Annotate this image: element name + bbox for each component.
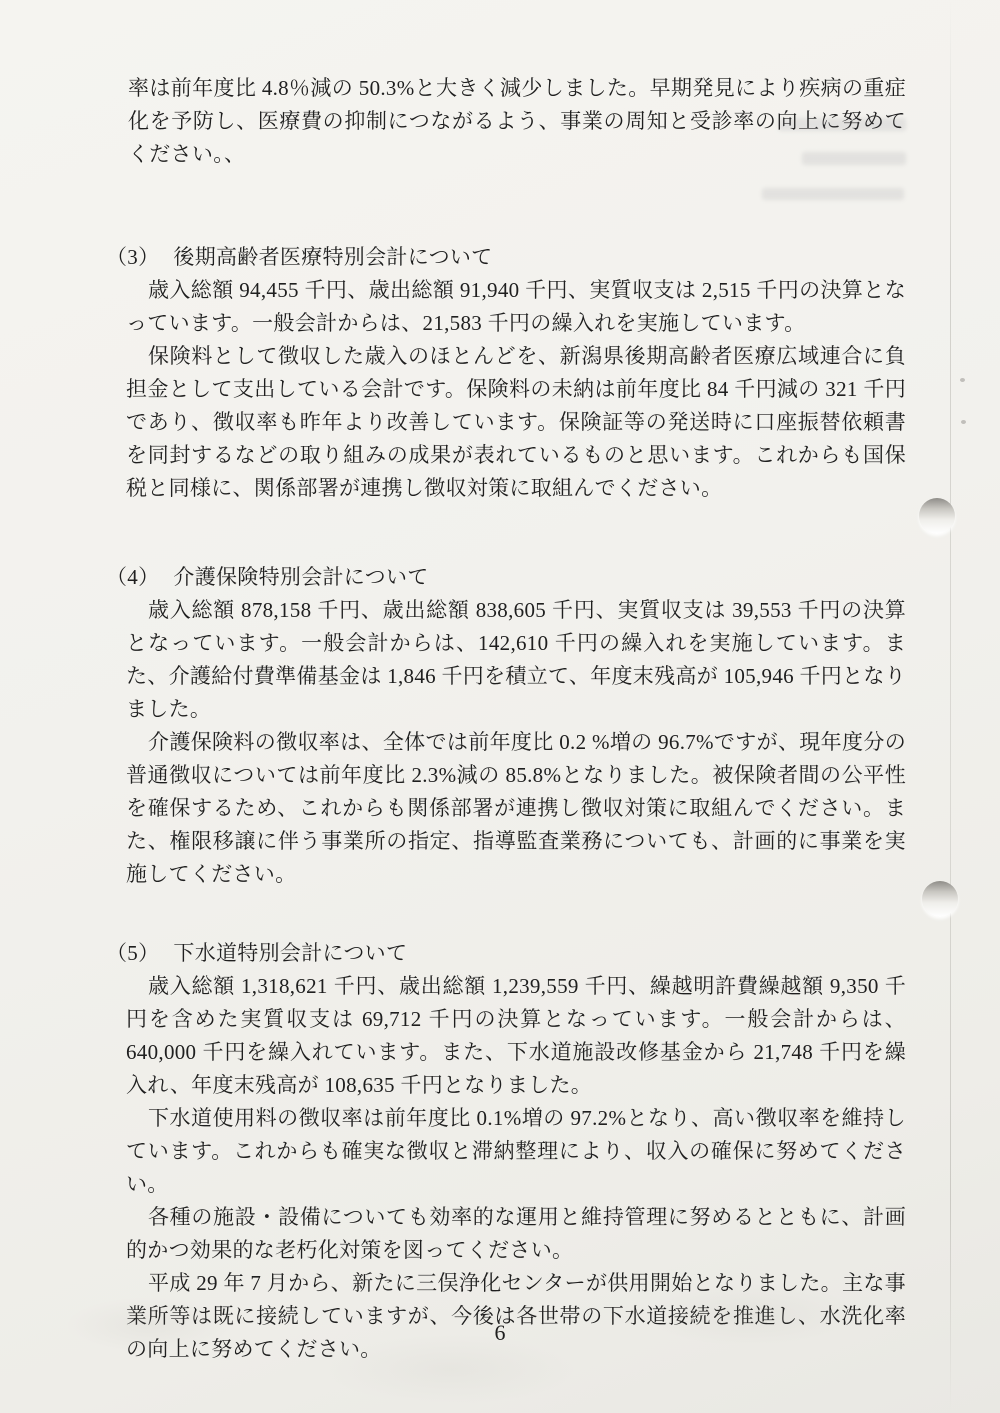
section-heading: （5）下水道特別会計について bbox=[106, 937, 906, 970]
section-heading: （3）後期高齢者医療特別会計について bbox=[106, 241, 906, 274]
section-title: 介護保険特別会計について bbox=[173, 565, 428, 589]
section-3-late-elderly-medical: （3）後期高齢者医療特別会計について 歳入総額 94,455 千円、歳出総額 9… bbox=[106, 241, 906, 505]
section-number: （5） bbox=[106, 941, 159, 965]
section-number: （4） bbox=[106, 565, 159, 589]
paragraph: 各種の施設・設備についても効率的な運用と維持管理に努めるとともに、計画的かつ効果… bbox=[126, 1201, 906, 1267]
section-title: 下水道特別会計について bbox=[173, 941, 407, 965]
section-body: 歳入総額 94,455 千円、歳出総額 91,940 千円、実質収支は 2,51… bbox=[106, 274, 906, 505]
paragraph: 歳入総額 1,318,621 千円、歳出総額 1,239,559 千円、繰越明許… bbox=[126, 970, 906, 1102]
page-number: 6 bbox=[0, 1320, 1000, 1346]
paragraph: 下水道使用料の徴収率は前年度比 0.1%増の 97.2%となり、高い徴収率を維持… bbox=[126, 1102, 906, 1201]
scan-speck bbox=[960, 378, 965, 382]
section-body: 歳入総額 878,158 千円、歳出総額 838,605 千円、実質収支は 39… bbox=[106, 594, 906, 891]
section-heading: （4）介護保険特別会計について bbox=[106, 561, 906, 594]
punch-hole bbox=[919, 498, 955, 534]
scan-crease-line bbox=[950, 0, 951, 1413]
paragraph: 平成 29 年 7 月から、新たに三俣浄化センターが供用開始となりました。主な事… bbox=[126, 1267, 906, 1366]
scanned-document-page: 率は前年度比 4.8％減の 50.3%と大きく減少しました。早期発見により疾病の… bbox=[0, 0, 1000, 1413]
document-body: 率は前年度比 4.8％減の 50.3%と大きく減少しました。早期発見により疾病の… bbox=[106, 72, 906, 1366]
paragraph: 介護保険料の徴収率は、全体では前年度比 0.2 %増の 96.7%ですが、現年度… bbox=[126, 726, 906, 891]
section-5-sewerage: （5）下水道特別会計について 歳入総額 1,318,621 千円、歳出総額 1,… bbox=[106, 937, 906, 1366]
paragraph-continuation: 率は前年度比 4.8％減の 50.3%と大きく減少しました。早期発見により疾病の… bbox=[128, 72, 906, 171]
paragraph: 歳入総額 878,158 千円、歳出総額 838,605 千円、実質収支は 39… bbox=[126, 594, 906, 726]
section-number: （3） bbox=[106, 245, 159, 269]
scan-speck bbox=[961, 420, 966, 424]
section-title: 後期高齢者医療特別会計について bbox=[173, 245, 492, 269]
paragraph: 歳入総額 94,455 千円、歳出総額 91,940 千円、実質収支は 2,51… bbox=[126, 274, 906, 340]
punch-hole bbox=[922, 881, 958, 917]
section-4-nursing-care-insurance: （4）介護保険特別会計について 歳入総額 878,158 千円、歳出総額 838… bbox=[106, 561, 906, 891]
paragraph: 保険料として徴収した歳入のほとんどを、新潟県後期高齢者医療広域連合に負担金として… bbox=[126, 340, 906, 505]
section-body: 歳入総額 1,318,621 千円、歳出総額 1,239,559 千円、繰越明許… bbox=[106, 970, 906, 1366]
